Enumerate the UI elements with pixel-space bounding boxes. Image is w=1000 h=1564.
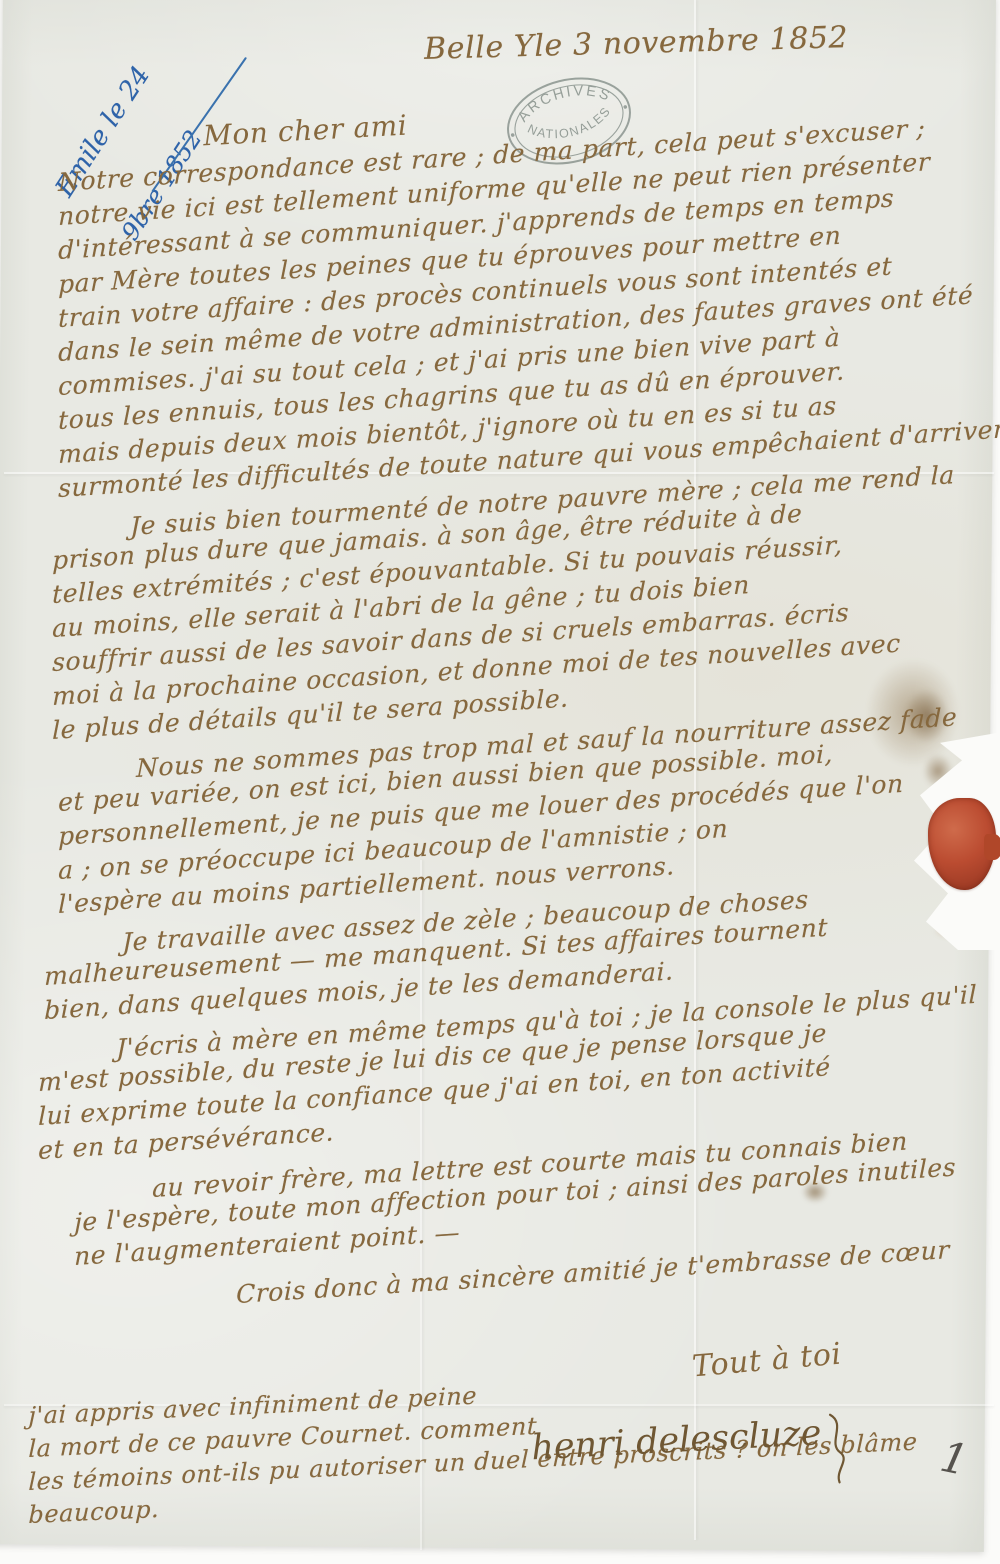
letter-body: Notre correspondance est rare ; de ma pa… bbox=[58, 168, 978, 1318]
paragraph: Notre correspondance est rare ; de ma pa… bbox=[58, 168, 978, 508]
signature-paraph bbox=[824, 1412, 854, 1485]
scan-backdrop: ARCHIVES NATIONALES Emile le 24 9bre 185… bbox=[0, 0, 1000, 1564]
paragraph: Crois donc à ma sincère amitié je t'embr… bbox=[118, 1280, 978, 1314]
stamp-dot bbox=[511, 133, 515, 137]
stamp-dot bbox=[623, 105, 627, 109]
